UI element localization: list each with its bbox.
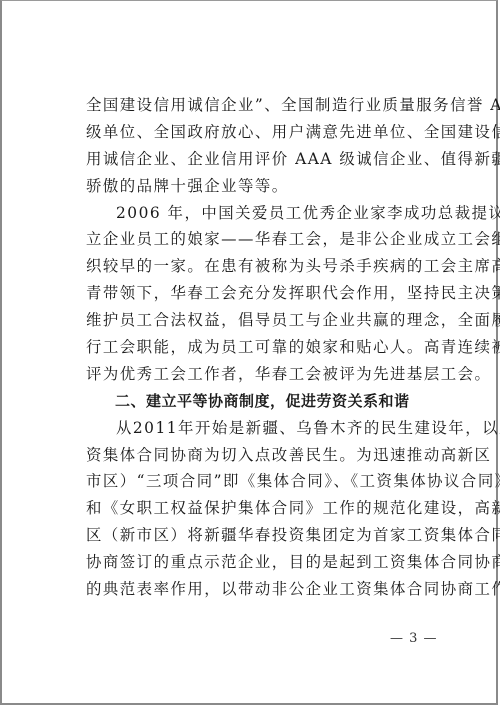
document-body: 全国建设信用诚信企业”、全国制造行业质量服务信誉 AAA 级单位、全国政府放心、…	[86, 92, 426, 603]
text-line: 行工会职能，成为员工可靠的娘家和贴心人。高青连续被	[86, 334, 426, 361]
text-line: 立企业员工的娘家——华春工会，是非公企业成立工会组	[86, 226, 426, 253]
text-line: 织较早的一家。在患有被称为头号杀手疾病的工会主席高	[86, 253, 426, 280]
paragraph-first-line: 从2011年开始是新疆、乌鲁木齐的民生建设年，以工	[86, 415, 426, 442]
text-line: 用诚信企业、企业信用评价 AAA 级诚信企业、值得新疆人	[86, 146, 426, 173]
paragraph-first-line: 2006 年，中国关爱员工优秀企业家李成功总裁提议建	[86, 200, 426, 227]
text-line: 评为优秀工会工作者，华春工会被评为先进基层工会。	[86, 361, 426, 388]
text-line: 的典范表率作用，以带动非公企业工资集体合同协商工作	[86, 576, 426, 603]
text-line: 资集体合同协商为切入点改善民生。为迅速推动高新区（新	[86, 442, 426, 469]
text-line: 市区）“三项合同”即《集体合同》、《工资集体协议合同》	[86, 468, 426, 495]
text-line: 协商签订的重点示范企业，目的是起到工资集体合同协商	[86, 549, 426, 576]
text-line: 区（新市区）将新疆华春投资集团定为首家工资集体合同	[86, 522, 426, 549]
text-line: 维护员工合法权益，倡导员工与企业共赢的理念，全面履	[86, 307, 426, 334]
text-line: 骄傲的品牌十强企业等等。	[86, 173, 426, 200]
text-line: 全国建设信用诚信企业”、全国制造行业质量服务信誉 AAA	[86, 92, 426, 119]
document-page: 全国建设信用诚信企业”、全国制造行业质量服务信誉 AAA 级单位、全国政府放心、…	[0, 0, 498, 705]
text-line: 青带领下，华春工会充分发挥职代会作用，坚持民主决策，	[86, 280, 426, 307]
text-line: 级单位、全国政府放心、用户满意先进单位、全国建设信	[86, 119, 426, 146]
text-line: 和《女职工权益保护集体合同》工作的规范化建设，高新	[86, 495, 426, 522]
page-number: — 3 —	[390, 631, 438, 646]
section-heading: 二、建立平等协商制度，促进劳资关系和谐	[86, 388, 426, 415]
